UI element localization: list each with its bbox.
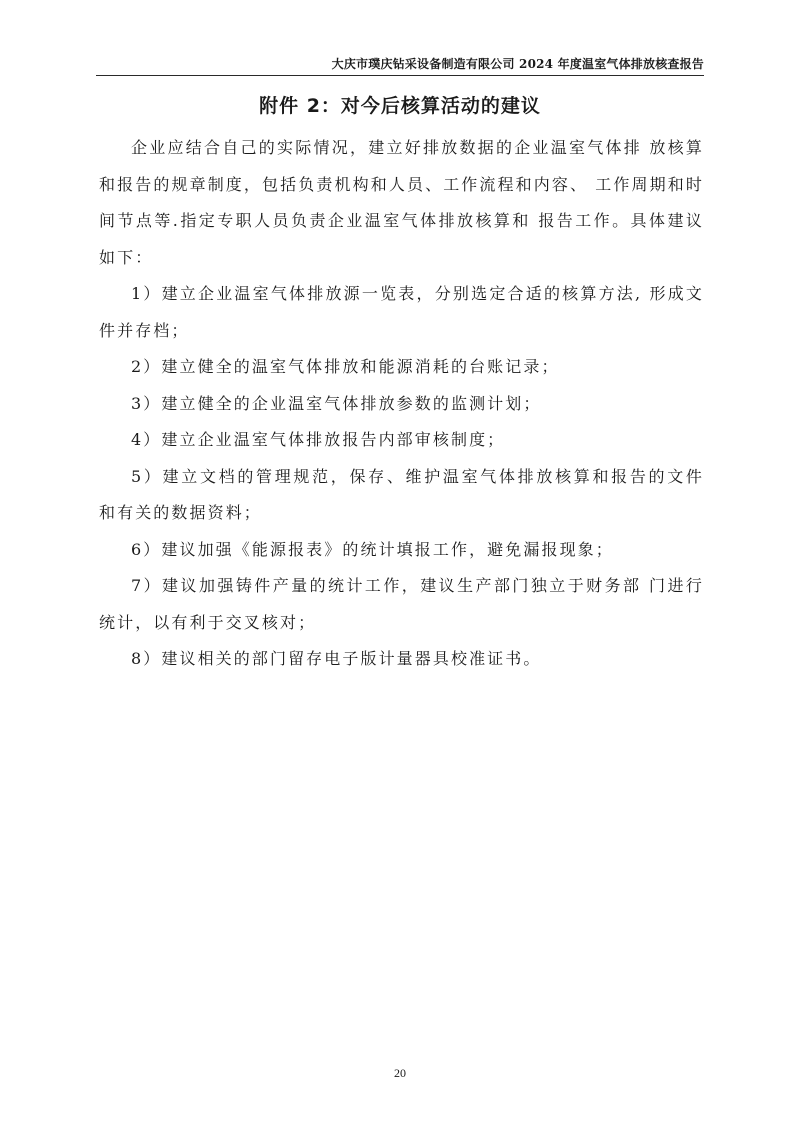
recommendation-item-5: 5）建立文档的管理规范，保存、维护温室气体排放核算和报告的文件和有关的数据资料； bbox=[99, 459, 704, 532]
recommendation-item-1: 1）建立企业温室气体排放源一览表，分别选定合适的核算方法, 形成文件并存档； bbox=[99, 276, 704, 349]
recommendation-item-6: 6）建议加强《能源报表》的统计填报工作，避免漏报现象； bbox=[99, 532, 704, 569]
document-body: 企业应结合自己的实际情况，建立好排放数据的企业温室气体排 放核算和报告的规章制度… bbox=[99, 130, 704, 678]
recommendation-item-8: 8）建议相关的部门留存电子版计量器具校准证书。 bbox=[99, 641, 704, 678]
recommendation-item-7: 7）建议加强铸件产量的统计工作，建议生产部门独立于财务部 门进行统计，以有利于交… bbox=[99, 568, 704, 641]
recommendation-item-4: 4）建立企业温室气体排放报告内部审核制度； bbox=[99, 422, 704, 459]
appendix-title: 附件 2：对今后核算活动的建议 bbox=[96, 92, 704, 120]
header-divider bbox=[96, 75, 704, 76]
intro-paragraph: 企业应结合自己的实际情况，建立好排放数据的企业温室气体排 放核算和报告的规章制度… bbox=[99, 130, 704, 276]
page-number: 20 bbox=[0, 1066, 800, 1081]
running-header: 大庆市璞庆钻采设备制造有限公司 2024 年度温室气体排放核查报告 bbox=[96, 54, 704, 74]
recommendation-item-2: 2）建立健全的温室气体排放和能源消耗的台账记录； bbox=[99, 349, 704, 386]
recommendation-item-3: 3）建立健全的企业温室气体排放参数的监测计划； bbox=[99, 386, 704, 423]
